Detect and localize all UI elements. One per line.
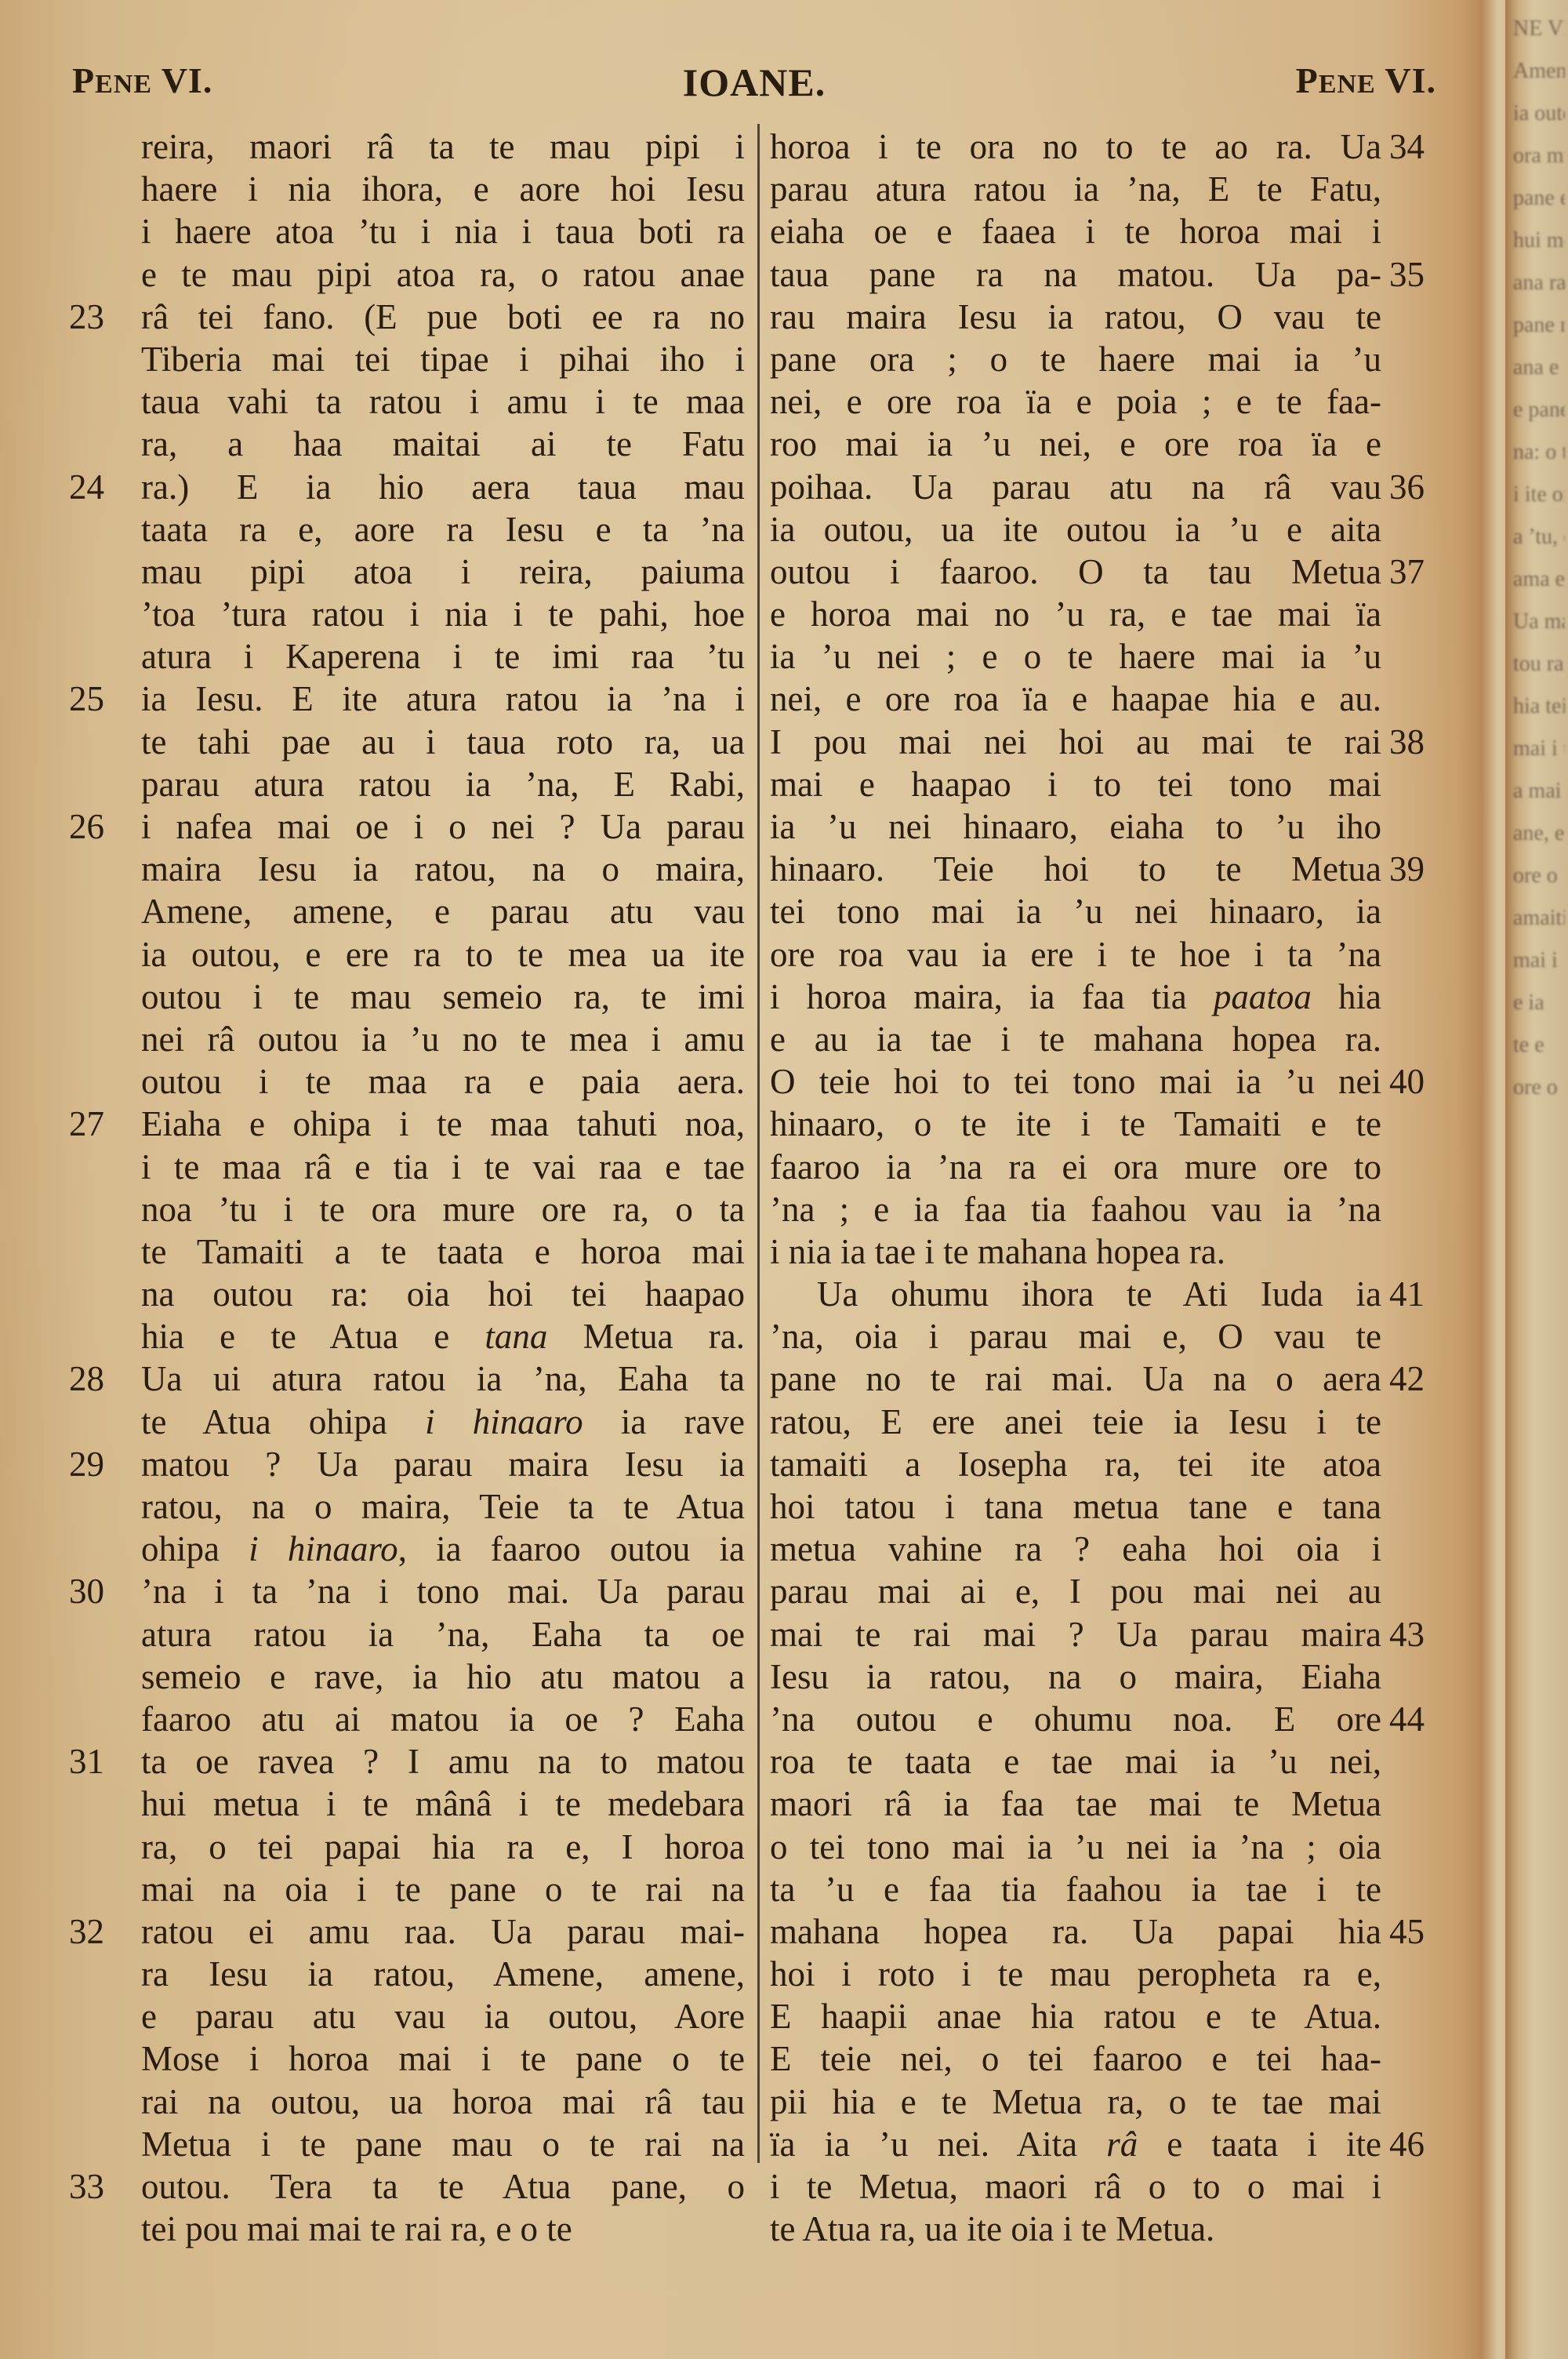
- line-text: hui metua i te mânâ i te medebara: [141, 1784, 745, 1823]
- text-line: ’na, oia i parau mai e, O vau te: [770, 1315, 1381, 1358]
- line-text: E haapii anae hia ratou e te Atua.: [770, 1997, 1381, 2036]
- text-line: ra.) E ia hio aera taua mau24: [141, 466, 745, 508]
- line-text: ’toa ’tura ratou i nia i te pahi, hoe: [141, 594, 745, 634]
- verse-number: 23: [69, 296, 132, 338]
- text-line: taua pane ra na matou. Ua pa-35: [770, 253, 1381, 296]
- verse-number: 26: [69, 805, 132, 848]
- facing-page-fragment: mai i: [1513, 940, 1565, 982]
- text-line: ra, o tei papai hia ra e, I horoa: [141, 1826, 745, 1868]
- text-line: eiaha oe e faaea i te horoa mai i: [770, 210, 1381, 253]
- text-line: rai na outou, ua horoa mai râ tau: [141, 2081, 745, 2123]
- line-text: i te maa râ e tia i te vai raa e tae: [141, 1147, 745, 1187]
- text-line: ra, a haa maitai ai te Fatu: [141, 423, 745, 465]
- line-text: nei, e ore roa ïa e poia ; e te faa-: [770, 382, 1381, 421]
- line-text: mai e haapao i to tei tono mai: [770, 765, 1381, 804]
- line-text: i te Metua, maori râ o to o mai i: [770, 2167, 1381, 2206]
- text-line: te tahi pae au i taua roto ra, ua: [141, 721, 745, 763]
- italic-supplied-word: paatoa: [1214, 977, 1312, 1016]
- text-line: tei pou mai mai te rai ra, e o te: [141, 2208, 745, 2250]
- text-line: tamaiti a Iosepha ra, tei ite atoa: [770, 1443, 1381, 1485]
- line-text: ’na i ta ’na i tono mai. Ua parau: [141, 1572, 745, 1611]
- facing-page-fragment: ana e ia: [1513, 347, 1565, 389]
- facing-page-fragment: ore o: [1513, 1067, 1565, 1109]
- left-text-column: reira, maori râ ta te mau pipi ihaere i …: [141, 125, 745, 2250]
- text-line: reira, maori râ ta te mau pipi i: [141, 125, 745, 168]
- verse-number: 43: [1389, 1613, 1460, 1656]
- text-line: atura ratou ia ’na, Eaha ta oe: [141, 1613, 745, 1656]
- text-line: haere i nia ihora, e aore hoi Iesu: [141, 168, 745, 210]
- line-text: Tiberia mai tei tipae i pihai iho i: [141, 340, 745, 379]
- verse-number: 33: [69, 2165, 132, 2208]
- line-text: Mose i horoa mai i te pane o te: [141, 2039, 745, 2078]
- text-line: te Atua ohipa i hinaaro ia rave: [141, 1401, 745, 1443]
- line-text: ïa ia ’u nei. Aita: [770, 2125, 1106, 2164]
- facing-page-fragment: ana ra, e: [1513, 262, 1565, 304]
- text-line: na outou ra: oia hoi tei haapao: [141, 1273, 745, 1315]
- verse-number: 30: [69, 1570, 132, 1612]
- text-line: Mose i horoa mai i te pane o te: [141, 2037, 745, 2080]
- line-text: tei pou mai mai te rai ra, e o te: [141, 2209, 572, 2248]
- verse-number: 41: [1389, 1273, 1460, 1315]
- line-text: na outou ra: oia hoi tei haapao: [141, 1274, 745, 1314]
- line-text: te tahi pae au i taua roto ra, ua: [141, 722, 745, 761]
- text-line: i haere atoa ’tu i nia i taua boti ra: [141, 210, 745, 253]
- line-text: i horoa maira, ia faa tia: [770, 977, 1214, 1016]
- line-text: Eiaha e ohipa i te maa tahuti noa,: [141, 1104, 745, 1143]
- line-text: matou ? Ua parau maira Iesu ia: [141, 1445, 745, 1484]
- line-text: roo mai ia ’u nei, e ore roa ïa e: [770, 424, 1381, 463]
- line-text: tamaiti a Iosepha ra, tei ite atoa: [770, 1445, 1381, 1484]
- text-line: mai te rai mai ? Ua parau maira43: [770, 1613, 1381, 1656]
- facing-page-fragment: na: o te: [1513, 431, 1565, 474]
- text-line: I pou mai nei hoi au mai te rai38: [770, 721, 1381, 763]
- text-line: i nafea mai oe i o nei ? Ua parau26: [141, 805, 745, 848]
- line-text: râ tei fano. (E pue boti ee ra no: [141, 297, 745, 336]
- text-line: e parau atu vau ia outou, Aore: [141, 1995, 745, 2037]
- line-text: e horoa mai no ’u ra, e tae mai ïa: [770, 594, 1381, 634]
- text-line: ia ’u nei hinaaro, eiaha to ’u iho: [770, 805, 1381, 848]
- line-text: eiaha oe e faaea i te horoa mai i: [770, 212, 1381, 251]
- facing-page-fragment: NE VI.: [1513, 8, 1565, 50]
- line-text: nei râ outou ia ’u no te mea i amu: [141, 1020, 745, 1059]
- line-text: outou. Tera ta te Atua pane, o: [141, 2167, 745, 2206]
- line-text: hinaaro, o te ite i te Tamaiti e te: [770, 1104, 1381, 1143]
- text-line: hia e te Atua e tana Metua ra.: [141, 1315, 745, 1358]
- text-line: outou. Tera ta te Atua pane, o33: [141, 2165, 745, 2208]
- verse-number: 39: [1389, 848, 1460, 890]
- text-line: faaroo ia ’na ra ei ora mure ore to: [770, 1146, 1381, 1188]
- facing-page-fragment: a ’tu, o: [1513, 516, 1565, 558]
- line-text: e parau atu vau ia outou, Aore: [141, 1997, 745, 2036]
- line-text: atura ratou ia ’na, Eaha ta oe: [141, 1615, 745, 1654]
- italic-supplied-word: i hinaaro: [249, 1529, 398, 1568]
- line-text: metua vahine ra ? eaha hoi oia i: [770, 1529, 1381, 1568]
- text-line: taua vahi ta ratou i amu i te maa: [141, 380, 745, 423]
- line-text: e te mau pipi atoa ra, o ratou anae: [141, 255, 745, 294]
- line-text: taata ra e, aore ra Iesu e ta ’na: [141, 510, 745, 549]
- line-text: horoa i te ora no to te ao ra. Ua: [770, 127, 1381, 166]
- text-line: râ tei fano. (E pue boti ee ra no23: [141, 296, 745, 338]
- text-line: mahana hopea ra. Ua papai hia45: [770, 1910, 1381, 1953]
- line-text: pii hia e te Metua ra, o te tae mai: [770, 2082, 1381, 2121]
- verse-number: 24: [69, 466, 132, 508]
- text-line: ’na i ta ’na i tono mai. Ua parau30: [141, 1570, 745, 1612]
- line-text: mai te rai mai ? Ua parau maira: [770, 1615, 1381, 1654]
- line-text: pane no te rai mai. Ua na o aera: [770, 1359, 1381, 1398]
- text-line: E haapii anae hia ratou e te Atua.: [770, 1995, 1381, 2037]
- line-text: ratou, na o maira, Teie ta te Atua: [141, 1487, 745, 1526]
- text-line: noa ’tu i te ora mure ore ra, o ta: [141, 1188, 745, 1230]
- line-text: ratou, E ere anei teie ia Iesu i te: [770, 1402, 1381, 1441]
- line-text: o tei tono mai ia ’u nei ia ’na ; oia: [770, 1827, 1381, 1866]
- line-text: reira, maori râ ta te mau pipi i: [141, 127, 745, 166]
- line-text: rau maira Iesu ia ratou, O vau te: [770, 297, 1381, 336]
- italic-supplied-word: i hinaaro: [425, 1402, 583, 1441]
- text-line: ohipa i hinaaro, ia faaroo outou ia: [141, 1528, 745, 1570]
- column-divider: [757, 124, 760, 2163]
- verse-number: 38: [1389, 721, 1460, 763]
- line-text: outou i te maa ra e paia aera.: [141, 1062, 745, 1101]
- text-line: maori râ ia faa tae mai te Metua: [770, 1783, 1381, 1825]
- line-text: E teie nei, o tei faaroo e tei haa-: [770, 2039, 1381, 2078]
- line-text: ia Iesu. E ite atura ratou ia ’na i: [141, 679, 745, 718]
- text-line: outou i te mau semeio ra, te imi: [141, 976, 745, 1018]
- line-text: tei tono mai ia ’u nei hinaaro, ia: [770, 892, 1381, 931]
- verse-number: 27: [69, 1103, 132, 1145]
- text-line: metua vahine ra ? eaha hoi oia i: [770, 1528, 1381, 1570]
- text-line: o tei tono mai ia ’u nei ia ’na ; oia: [770, 1826, 1381, 1868]
- text-line: i te Metua, maori râ o to o mai i: [770, 2165, 1381, 2208]
- text-line: i nia ia tae i te mahana hopea ra.: [770, 1230, 1381, 1273]
- chapter-label-smallcaps: ENE: [1319, 70, 1376, 99]
- facing-page-fragment: ora mure: [1513, 135, 1565, 177]
- line-text: rai na outou, ua horoa mai râ tau: [141, 2082, 745, 2121]
- line-text: te Atua ra, ua ite oia i te Metua.: [770, 2209, 1214, 2248]
- line-text: hoi tatou i tana metua tane e tana: [770, 1487, 1381, 1526]
- text-line: hinaaro, o te ite i te Tamaiti e te: [770, 1103, 1381, 1145]
- text-line: ta oe ravea ? I amu na to matou31: [141, 1740, 745, 1783]
- text-line: pii hia e te Metua ra, o te tae mai: [770, 2081, 1381, 2123]
- facing-page-fragment: e ia: [1513, 982, 1565, 1024]
- line-text: Metua i te pane mau o te rai na: [141, 2125, 745, 2164]
- verse-number: 37: [1389, 551, 1460, 593]
- text-line: ratou, na o maira, Teie ta te Atua: [141, 1485, 745, 1528]
- line-text: ra.) E ia hio aera taua mau: [141, 467, 745, 507]
- chapter-label-number: VI.: [1376, 60, 1436, 100]
- text-line: poihaa. Ua parau atu na râ vau36: [770, 466, 1381, 508]
- line-text: te Atua ohipa: [141, 1402, 425, 1441]
- text-line: tei tono mai ia ’u nei hinaaro, ia: [770, 890, 1381, 932]
- text-line: ïa ia ’u nei. Aita râ e taata i ite46: [770, 2123, 1381, 2165]
- line-text: ia ’u nei ; e o te haere mai ia ’u: [770, 637, 1381, 676]
- line-text: mau pipi atoa i reira, paiuma: [141, 552, 745, 591]
- line-text: ia ’u nei hinaaro, eiaha to ’u iho: [770, 807, 1381, 846]
- text-line: Tiberia mai tei tipae i pihai iho i: [141, 338, 745, 380]
- line-text: Iesu ia ratou, na o maira, Eiaha: [770, 1657, 1381, 1696]
- text-line: Amene, amene, e parau atu vau: [141, 890, 745, 932]
- line-text: I pou mai nei hoi au mai te rai: [770, 722, 1381, 761]
- text-line: nei, e ore roa ïa e poia ; e te faa-: [770, 380, 1381, 423]
- text-line: Eiaha e ohipa i te maa tahuti noa,27: [141, 1103, 745, 1145]
- line-text: , ia faaroo outou ia: [398, 1529, 745, 1568]
- line-text: ra, o tei papai hia ra e, I horoa: [141, 1827, 745, 1866]
- text-line: ia outou, ua ite outou ia ’u e aita: [770, 508, 1381, 551]
- text-line: nei râ outou ia ’u no te mea i amu: [141, 1018, 745, 1060]
- italic-supplied-word: râ: [1106, 2125, 1138, 2164]
- text-line: atura i Kaperena i te imi raa ’tu: [141, 635, 745, 678]
- text-line: hui metua i te mânâ i te medebara: [141, 1783, 745, 1825]
- line-text: faaroo atu ai matou ia oe ? Eaha: [141, 1699, 745, 1739]
- facing-page-fragment: mai i to: [1513, 728, 1565, 770]
- text-line: ia ’u nei ; e o te haere mai ia ’u: [770, 635, 1381, 678]
- line-text: ia outou, ua ite outou ia ’u e aita: [770, 510, 1381, 549]
- running-head: PENE VI. IOANE. PENE VI.: [72, 60, 1436, 107]
- book-title: IOANE.: [72, 60, 1436, 105]
- text-line: Metua i te pane mau o te rai na: [141, 2123, 745, 2165]
- line-text: i nafea mai oe i o nei ? Ua parau: [141, 807, 745, 846]
- verse-number: 29: [69, 1443, 132, 1485]
- line-text: ra, a haa maitai ai te Fatu: [141, 424, 745, 463]
- text-line: taata ra e, aore ra Iesu e ta ’na: [141, 508, 745, 551]
- facing-page-fragment: hui metu: [1513, 220, 1565, 262]
- text-line: hoi tatou i tana metua tane e tana: [770, 1485, 1381, 1528]
- line-text: roa te taata e tae mai ia ’u nei,: [770, 1742, 1381, 1781]
- verse-number: 32: [69, 1910, 132, 1953]
- verse-number: 36: [1389, 466, 1460, 508]
- text-line: parau atura ratou ia ’na, E Rabi,: [141, 763, 745, 805]
- verse-number: 28: [69, 1358, 132, 1400]
- facing-page-fragment: pane e ora: [1513, 177, 1565, 220]
- verse-number: 42: [1389, 1358, 1460, 1400]
- right-text-column: horoa i te ora no to te ao ra. Ua34parau…: [770, 125, 1381, 2250]
- facing-page-fragment: amaiti: [1513, 897, 1565, 940]
- verse-number: 31: [69, 1740, 132, 1783]
- verse-number: 35: [1389, 253, 1460, 296]
- facing-page-fragment: i ite ora: [1513, 474, 1565, 516]
- text-line: mai na oia i te pane o te rai na: [141, 1868, 745, 1910]
- line-text: hinaaro. Teie hoi to te Metua: [770, 849, 1381, 889]
- text-line: mai e haapao i to tei tono mai: [770, 763, 1381, 805]
- line-text: outou i faaroo. O ta tau Metua: [770, 552, 1381, 591]
- verse-number: 40: [1389, 1060, 1460, 1103]
- facing-page-fragment: ane, e: [1513, 812, 1565, 855]
- text-line: O teie hoi to tei tono mai ia ’u nei40: [770, 1060, 1381, 1103]
- line-text: i haere atoa ’tu i nia i taua boti ra: [141, 212, 745, 251]
- text-line: rau maira Iesu ia ratou, O vau te: [770, 296, 1381, 338]
- text-line: ore roa vau ia ere i te hoe i ta ’na: [770, 933, 1381, 976]
- line-text: outou i te mau semeio ra, te imi: [141, 977, 745, 1016]
- text-line: outou i faaroo. O ta tau Metua37: [770, 551, 1381, 593]
- text-line: hinaaro. Teie hoi to te Metua39: [770, 848, 1381, 890]
- text-line: ta ’u e faa tia faahou ia tae i te: [770, 1868, 1381, 1910]
- text-line: Ua ui atura ratou ia ’na, Eaha ta28: [141, 1358, 745, 1400]
- line-text: Amene, amene, e parau atu vau: [141, 892, 745, 931]
- text-line: maira Iesu ia ratou, na o maira,: [141, 848, 745, 890]
- text-line: pane no te rai mai. Ua na o aera42: [770, 1358, 1381, 1400]
- line-text: mahana hopea ra. Ua papai hia: [770, 1912, 1381, 1951]
- chapter-label-initial: P: [1296, 60, 1319, 100]
- text-line: faaroo atu ai matou ia oe ? Eaha: [141, 1698, 745, 1740]
- text-line: ratou ei amu raa. Ua parau mai-32: [141, 1910, 745, 1953]
- line-text: ratou ei amu raa. Ua parau mai-: [141, 1912, 745, 1951]
- facing-page-fragment: ore o: [1513, 855, 1565, 897]
- line-text: noa ’tu i te ora mure ore ra, o ta: [141, 1190, 745, 1229]
- facing-page-fragment: pane no te: [1513, 304, 1565, 347]
- line-text: O teie hoi to tei tono mai ia ’u nei: [770, 1062, 1381, 1101]
- chapter-label-right: PENE VI.: [1296, 60, 1436, 101]
- line-text: faaroo ia ’na ra ei ora mure ore to: [770, 1147, 1381, 1187]
- facing-page-fragment: ia outou,: [1513, 93, 1565, 135]
- text-line: ia outou, e ere ra to te mea ua ite: [141, 933, 745, 976]
- line-text: poihaa. Ua parau atu na râ vau: [770, 467, 1381, 507]
- italic-supplied-word: tana: [485, 1317, 547, 1356]
- facing-page-fragment: Ua ma: [1513, 601, 1565, 643]
- line-text: e au ia tae i te mahana hopea ra.: [770, 1020, 1381, 1059]
- line-text: haere i nia ihora, e aore hoi Iesu: [141, 169, 745, 209]
- line-text: hoi i roto i te mau peropheta ra e,: [770, 1954, 1381, 1994]
- line-text: maira Iesu ia ratou, na o maira,: [141, 849, 745, 889]
- facing-page-fragment: a mai: [1513, 770, 1565, 812]
- verse-number: 44: [1389, 1698, 1460, 1740]
- line-text: te Tamaiti a te taata e horoa mai: [141, 1232, 745, 1271]
- text-line: i horoa maira, ia faa tia paatoa hia: [770, 976, 1381, 1018]
- text-line: semeio e rave, ia hio atu matou a: [141, 1656, 745, 1698]
- text-line: roa te taata e tae mai ia ’u nei,: [770, 1740, 1381, 1783]
- facing-page-fragment: hia tei: [1513, 685, 1565, 728]
- text-line: horoa i te ora no to te ao ra. Ua34: [770, 125, 1381, 168]
- line-text: atura i Kaperena i te imi raa ’tu: [141, 637, 745, 676]
- text-line: pane ora ; o te haere mai ia ’u: [770, 338, 1381, 380]
- text-line: outou i te maa ra e paia aera.: [141, 1060, 745, 1103]
- text-line: E teie nei, o tei faaroo e tei haa-: [770, 2037, 1381, 2080]
- line-text: ohipa: [141, 1529, 249, 1568]
- line-text: parau mai ai e, I pou mai nei au: [770, 1572, 1381, 1611]
- line-text: Ua ohumu ihora te Ati Iuda ia: [817, 1274, 1381, 1314]
- line-text: ’na ; e ia faa tia faahou vau ia ’na: [770, 1190, 1381, 1229]
- text-line: ra Iesu ia ratou, Amene, amene,: [141, 1953, 745, 1995]
- line-text: ore roa vau ia ere i te hoe i ta ’na: [770, 935, 1381, 974]
- line-text: ia outou, e ere ra to te mea ua ite: [141, 935, 745, 974]
- line-text: taua pane ra na matou. Ua pa-: [770, 255, 1381, 294]
- facing-page-edge: NE VI.Amene, aia outou,ora murepane e or…: [1505, 0, 1568, 2359]
- line-text: parau atura ratou ia ’na, E Rabi,: [141, 765, 745, 804]
- verse-number: 25: [69, 678, 132, 720]
- verse-number: 46: [1389, 2123, 1460, 2165]
- text-line: roo mai ia ’u nei, e ore roa ïa e: [770, 423, 1381, 465]
- text-line: parau mai ai e, I pou mai nei au: [770, 1570, 1381, 1612]
- text-line: e au ia tae i te mahana hopea ra.: [770, 1018, 1381, 1060]
- line-text: ta oe ravea ? I amu na to matou: [141, 1742, 745, 1781]
- line-text: i nia ia tae i te mahana hopea ra.: [770, 1232, 1225, 1271]
- line-text: parau atura ratou ia ’na, E te Fatu,: [770, 169, 1381, 209]
- line-text: mai na oia i te pane o te rai na: [141, 1870, 745, 1909]
- text-line: Ua ohumu ihora te Ati Iuda ia41: [770, 1273, 1381, 1315]
- facing-page-text: NE VI.Amene, aia outou,ora murepane e or…: [1513, 8, 1565, 1109]
- text-line: te Tamaiti a te taata e horoa mai: [141, 1230, 745, 1273]
- text-line: ’na ; e ia faa tia faahou vau ia ’na: [770, 1188, 1381, 1230]
- text-line: hoi i roto i te mau peropheta ra e,: [770, 1953, 1381, 1995]
- text-line: e horoa mai no ’u ra, e tae mai ïa: [770, 593, 1381, 635]
- facing-page-fragment: tou ra: [1513, 643, 1565, 685]
- text-line: i te maa râ e tia i te vai raa e tae: [141, 1146, 745, 1188]
- line-text: ’na, oia i parau mai e, O vau te: [770, 1317, 1381, 1356]
- text-line: Iesu ia ratou, na o maira, Eiaha: [770, 1656, 1381, 1698]
- line-text: pane ora ; o te haere mai ia ’u: [770, 340, 1381, 379]
- line-text: hia e te Atua e: [141, 1317, 485, 1356]
- line-text: ta ’u e faa tia faahou ia tae i te: [770, 1870, 1381, 1909]
- line-text: taua vahi ta ratou i amu i te maa: [141, 382, 745, 421]
- line-text: semeio e rave, ia hio atu matou a: [141, 1657, 745, 1696]
- text-line: ’toa ’tura ratou i nia i te pahi, hoe: [141, 593, 745, 635]
- text-line: ia Iesu. E ite atura ratou ia ’na i25: [141, 678, 745, 720]
- text-line: mau pipi atoa i reira, paiuma: [141, 551, 745, 593]
- text-line: matou ? Ua parau maira Iesu ia29: [141, 1443, 745, 1485]
- text-line: nei, e ore roa ïa e haapae hia e au.: [770, 678, 1381, 720]
- line-text: ia rave: [583, 1402, 745, 1441]
- line-text: ra Iesu ia ratou, Amene, amene,: [141, 1954, 745, 1994]
- text-line: e te mau pipi atoa ra, o ratou anae: [141, 253, 745, 296]
- verse-number: 45: [1389, 1910, 1460, 1953]
- line-text: ’na outou e ohumu noa. E ore: [770, 1699, 1381, 1739]
- text-line: ’na outou e ohumu noa. E ore44: [770, 1698, 1381, 1740]
- facing-page-fragment: e pane o: [1513, 389, 1565, 431]
- line-text: maori râ ia faa tae mai te Metua: [770, 1784, 1381, 1823]
- line-text: Ua ui atura ratou ia ’na, Eaha ta: [141, 1359, 745, 1398]
- facing-page-fragment: ama ei: [1513, 558, 1565, 601]
- text-line: te Atua ra, ua ite oia i te Metua.: [770, 2208, 1381, 2250]
- facing-page-fragment: Amene, a: [1513, 50, 1565, 93]
- verse-number: 34: [1389, 125, 1460, 168]
- line-text: e taata i ite: [1138, 2125, 1381, 2164]
- text-line: ratou, E ere anei teie ia Iesu i te: [770, 1401, 1381, 1443]
- line-text: nei, e ore roa ïa e haapae hia e au.: [770, 679, 1381, 718]
- facing-page-fragment: te e: [1513, 1024, 1565, 1067]
- line-text: hia: [1312, 977, 1381, 1016]
- line-text: Metua ra.: [547, 1317, 745, 1356]
- text-line: parau atura ratou ia ’na, E te Fatu,: [770, 168, 1381, 210]
